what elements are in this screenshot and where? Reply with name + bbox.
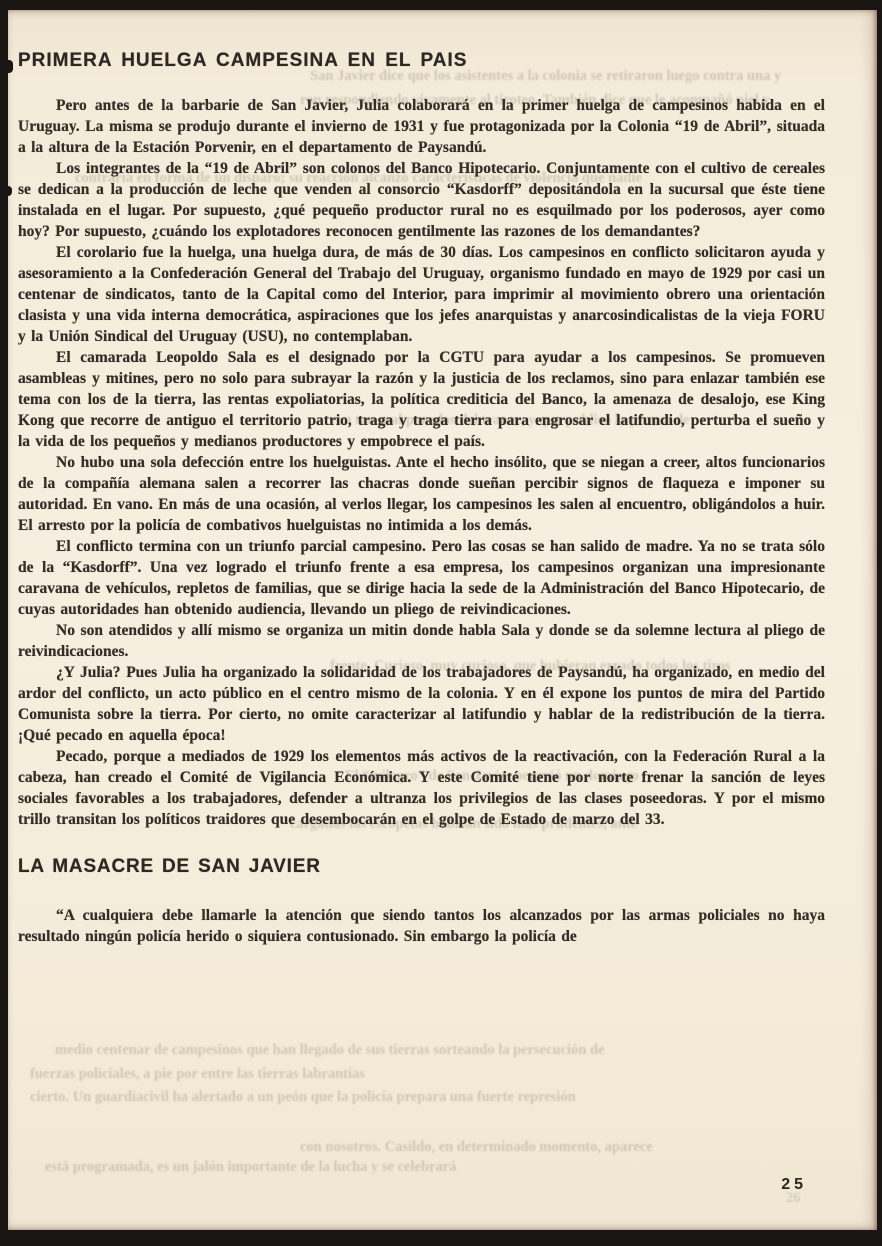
- scanned-book-page: San Javier dice que los asistentes a la …: [8, 10, 877, 1230]
- paragraph: El camarada Leopoldo Sala es el designad…: [18, 347, 825, 452]
- bleed-through-line: está programada, es un jalón importante …: [45, 1159, 655, 1176]
- bleed-through-line: con nosotros. Casildo, en determinado mo…: [300, 1139, 860, 1156]
- paragraph: El corolario fue la huelga, una huelga d…: [18, 242, 825, 347]
- scan-artifact: [8, 60, 13, 73]
- paragraph: Pero antes de la barbarie de San Javier,…: [18, 95, 825, 158]
- paragraph: Pecado, porque a mediados de 1929 los el…: [18, 746, 825, 830]
- scan-artifact: [8, 186, 12, 196]
- bleed-through-line: fuerzas policiales, a pie por entre las …: [30, 1066, 835, 1083]
- bleed-through-line: cierto. Un guardiacivil ha alertado a un…: [30, 1089, 860, 1106]
- bleed-through-line: medio centenar de campesinos que han lle…: [55, 1042, 860, 1059]
- paragraph: No hubo una sola defección entre los hue…: [18, 452, 825, 536]
- quote-paragraph: “A cualquiera debe llamarle la atención …: [18, 905, 825, 947]
- article-body: Pero antes de la barbarie de San Javier,…: [18, 95, 825, 830]
- paragraph: El conflicto termina con un triunfo parc…: [18, 536, 825, 620]
- section-heading: LA MASACRE DE SAN JAVIER: [18, 856, 825, 878]
- page-content: PRIMERA HUELGA CAMPESINA EN EL PAIS Pero…: [18, 10, 825, 947]
- paragraph: No son atendidos y allí mismo se organiz…: [18, 620, 825, 662]
- chapter-title: PRIMERA HUELGA CAMPESINA EN EL PAIS: [18, 50, 825, 72]
- paragraph: ¿Y Julia? Pues Julia ha organizado la so…: [18, 662, 825, 746]
- paragraph: Los integrantes de la “19 de Abril” son …: [18, 158, 825, 242]
- page-number: 25: [781, 1176, 807, 1194]
